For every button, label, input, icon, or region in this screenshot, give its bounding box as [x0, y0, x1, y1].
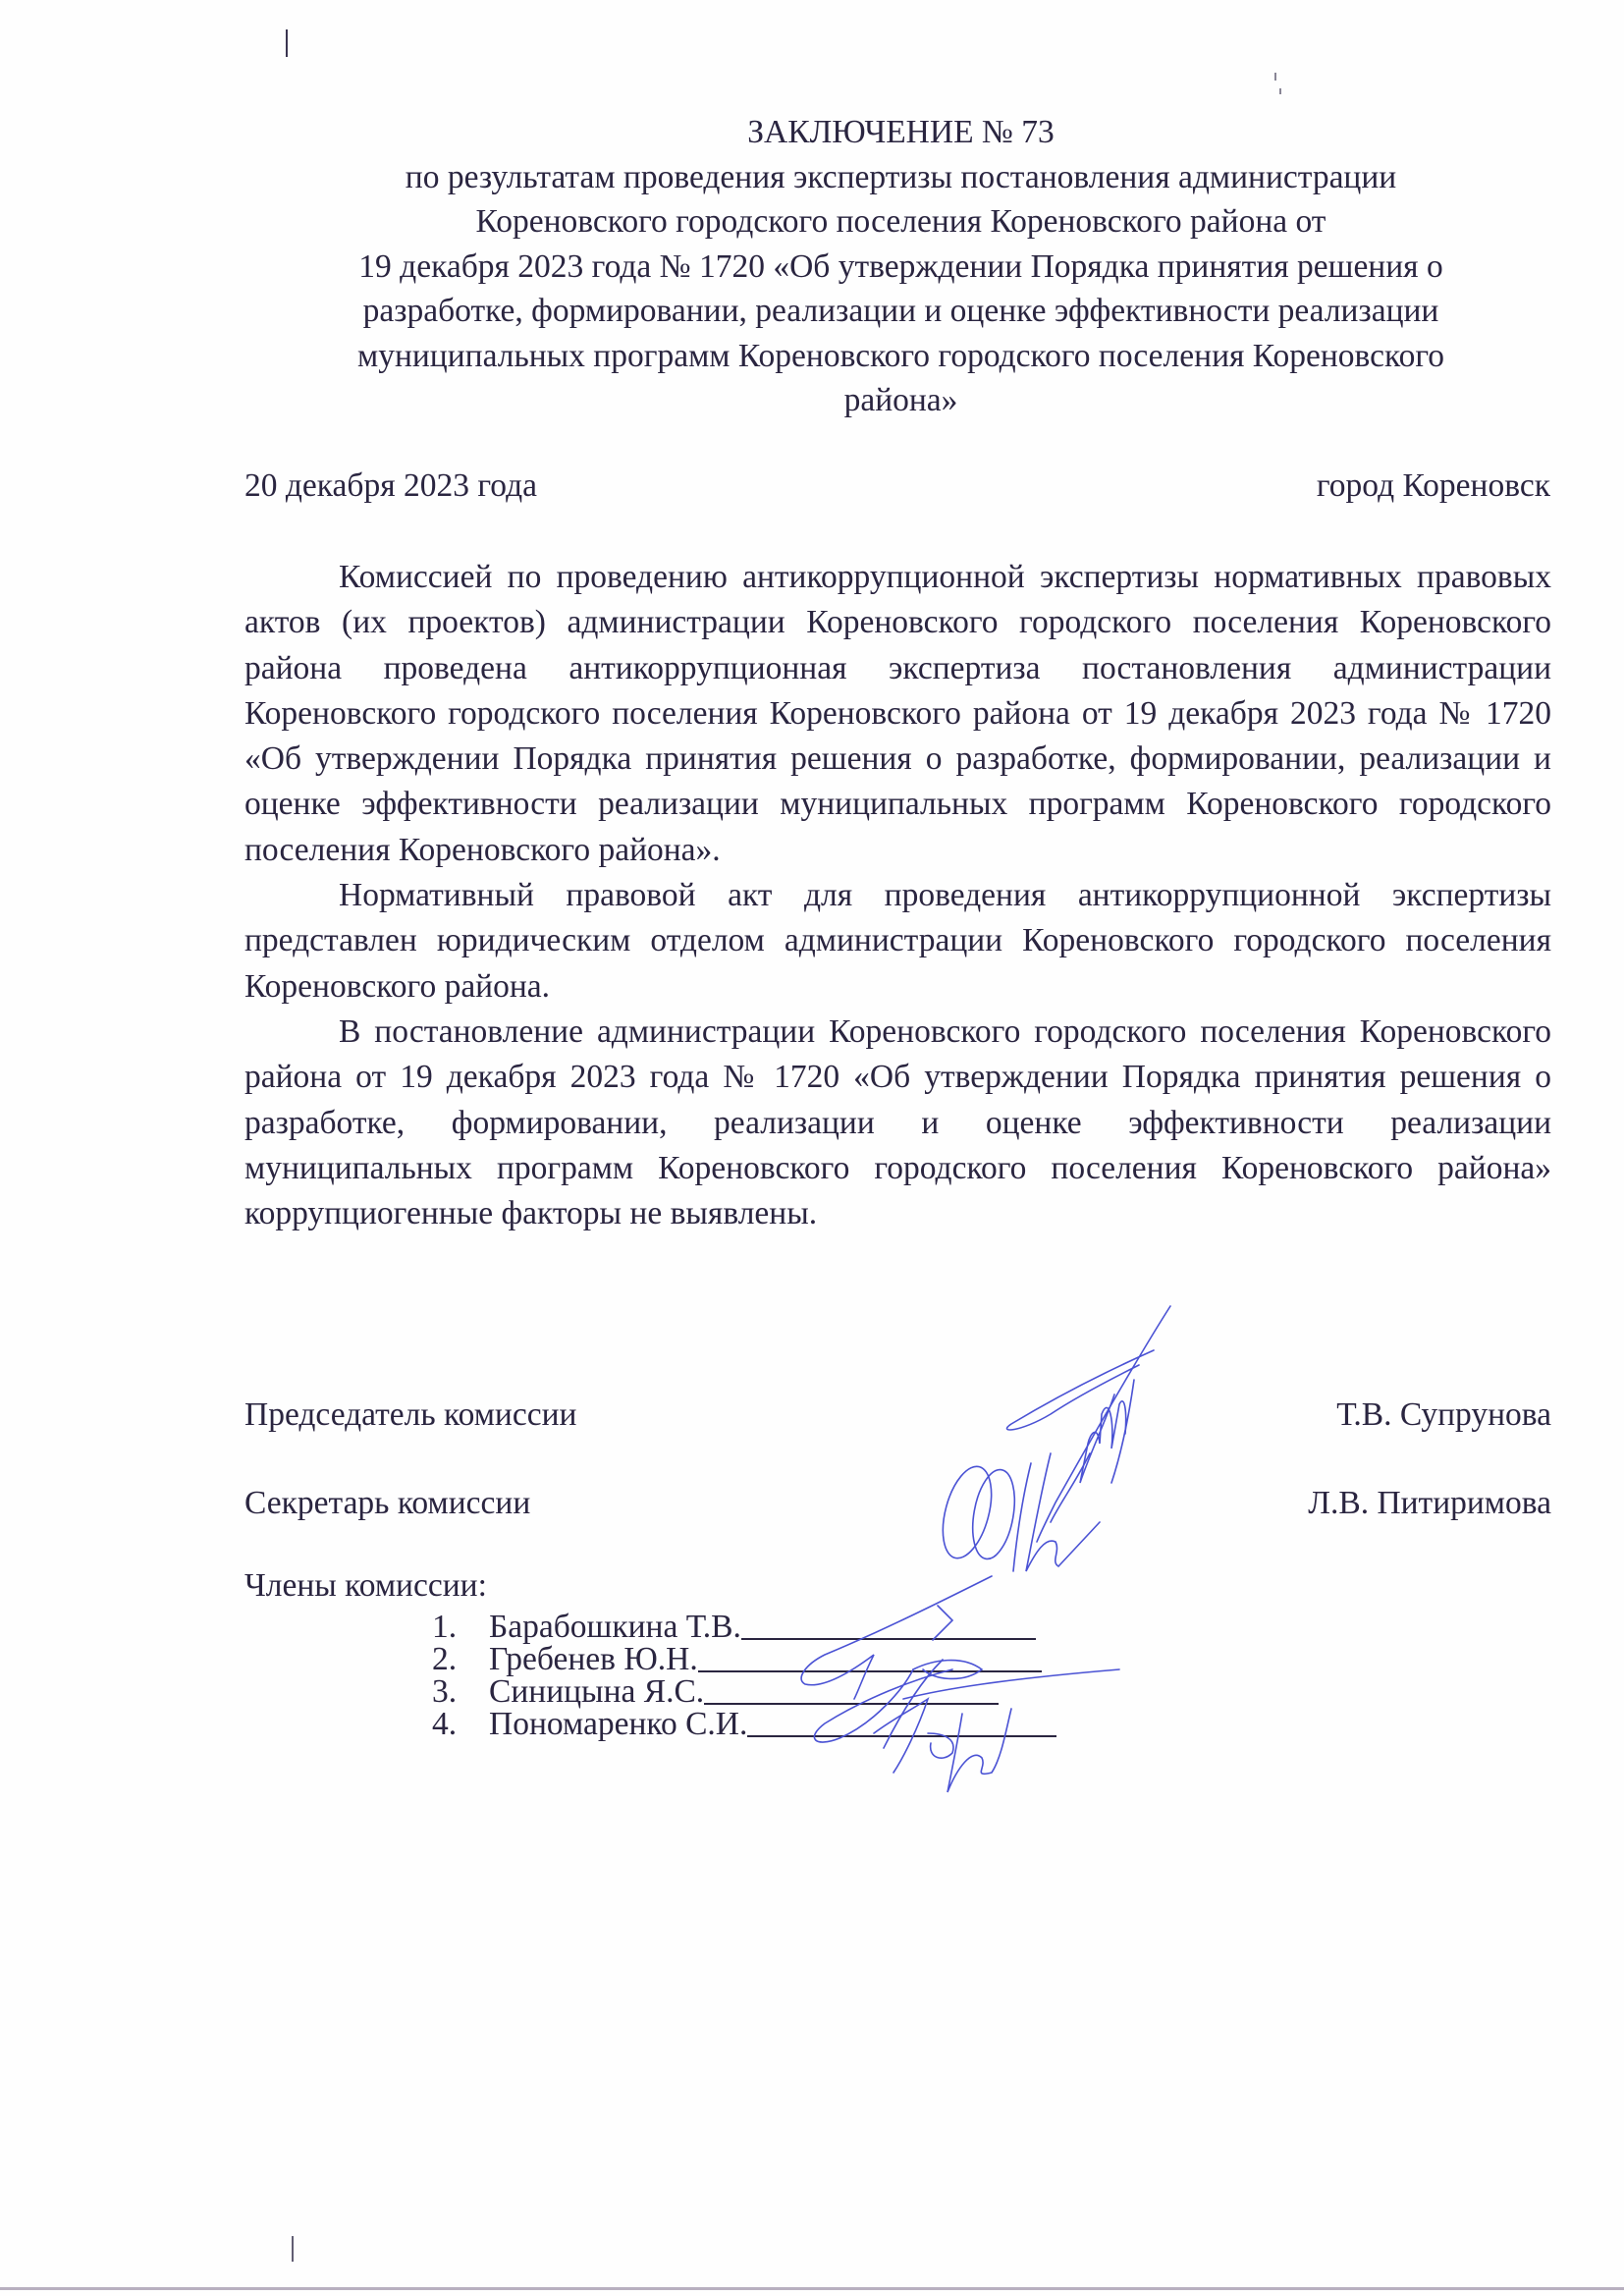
subtitle-line: 19 декабря 2023 года № 1720 «Об утвержде…: [250, 245, 1551, 290]
member-number: 4.: [432, 1708, 489, 1740]
scan-artifact-mark: [1274, 73, 1276, 81]
member-name: Синицына Я.С.: [489, 1675, 704, 1708]
document-header: ЗАКЛЮЧЕНИЕ № 73 по результатам проведени…: [250, 110, 1551, 423]
members-label: Члены комиссии:: [244, 1563, 487, 1609]
scan-artifact-mark: [292, 2236, 294, 2262]
date-place-row: 20 декабря 2023 года город Кореновск: [244, 464, 1550, 509]
signatory-name: Л.В. Питиримова: [1308, 1481, 1551, 1526]
subtitle-line: района»: [250, 378, 1551, 423]
body-paragraph: Комиссией по проведению антикоррупционно…: [244, 555, 1551, 873]
scanned-document-page: ЗАКЛЮЧЕНИЕ № 73 по результатам проведени…: [0, 0, 1624, 2296]
member-number: 2.: [432, 1643, 489, 1675]
signatory-name: Т.В. Супрунова: [1336, 1393, 1551, 1438]
document-title: ЗАКЛЮЧЕНИЕ № 73: [250, 110, 1551, 155]
subtitle-line: разработке, формировании, реализации и о…: [250, 289, 1551, 334]
body-paragraph: Нормативный правовой акт для проведения …: [244, 873, 1551, 1010]
member-number: 3.: [432, 1675, 489, 1708]
member-name: Барабошкина Т.В.: [489, 1611, 741, 1643]
handwritten-signature-secretary: [923, 1444, 1139, 1581]
page-bottom-edge: [0, 2287, 1624, 2290]
document-place: город Кореновск: [1317, 464, 1550, 509]
signatory-role: Председатель комиссии: [244, 1393, 576, 1438]
signatory-row-secretary: Секретарь комиссии Л.В. Питиримова: [244, 1481, 1551, 1526]
handwritten-signatures-members: [766, 1561, 1139, 1807]
signatory-row-chairman: Председатель комиссии Т.В. Супрунова: [244, 1393, 1551, 1438]
signatory-role: Секретарь комиссии: [244, 1481, 530, 1526]
body-paragraph: В постановление администрации Кореновско…: [244, 1010, 1551, 1236]
document-body: Комиссией по проведению антикоррупционно…: [244, 555, 1551, 1236]
scan-artifact-mark: [1279, 88, 1281, 94]
subtitle-line: по результатам проведения экспертизы пос…: [250, 155, 1551, 200]
subtitle-line: муниципальных программ Кореновского горо…: [250, 334, 1551, 379]
member-name: Гребенев Ю.Н.: [489, 1643, 698, 1675]
scan-artifact-mark: [286, 29, 288, 57]
member-name: Пономаренко С.И.: [489, 1708, 747, 1740]
member-number: 1.: [432, 1611, 489, 1643]
subtitle-line: Кореновского городского поселения Корено…: [250, 199, 1551, 245]
document-date: 20 декабря 2023 года: [244, 464, 537, 509]
